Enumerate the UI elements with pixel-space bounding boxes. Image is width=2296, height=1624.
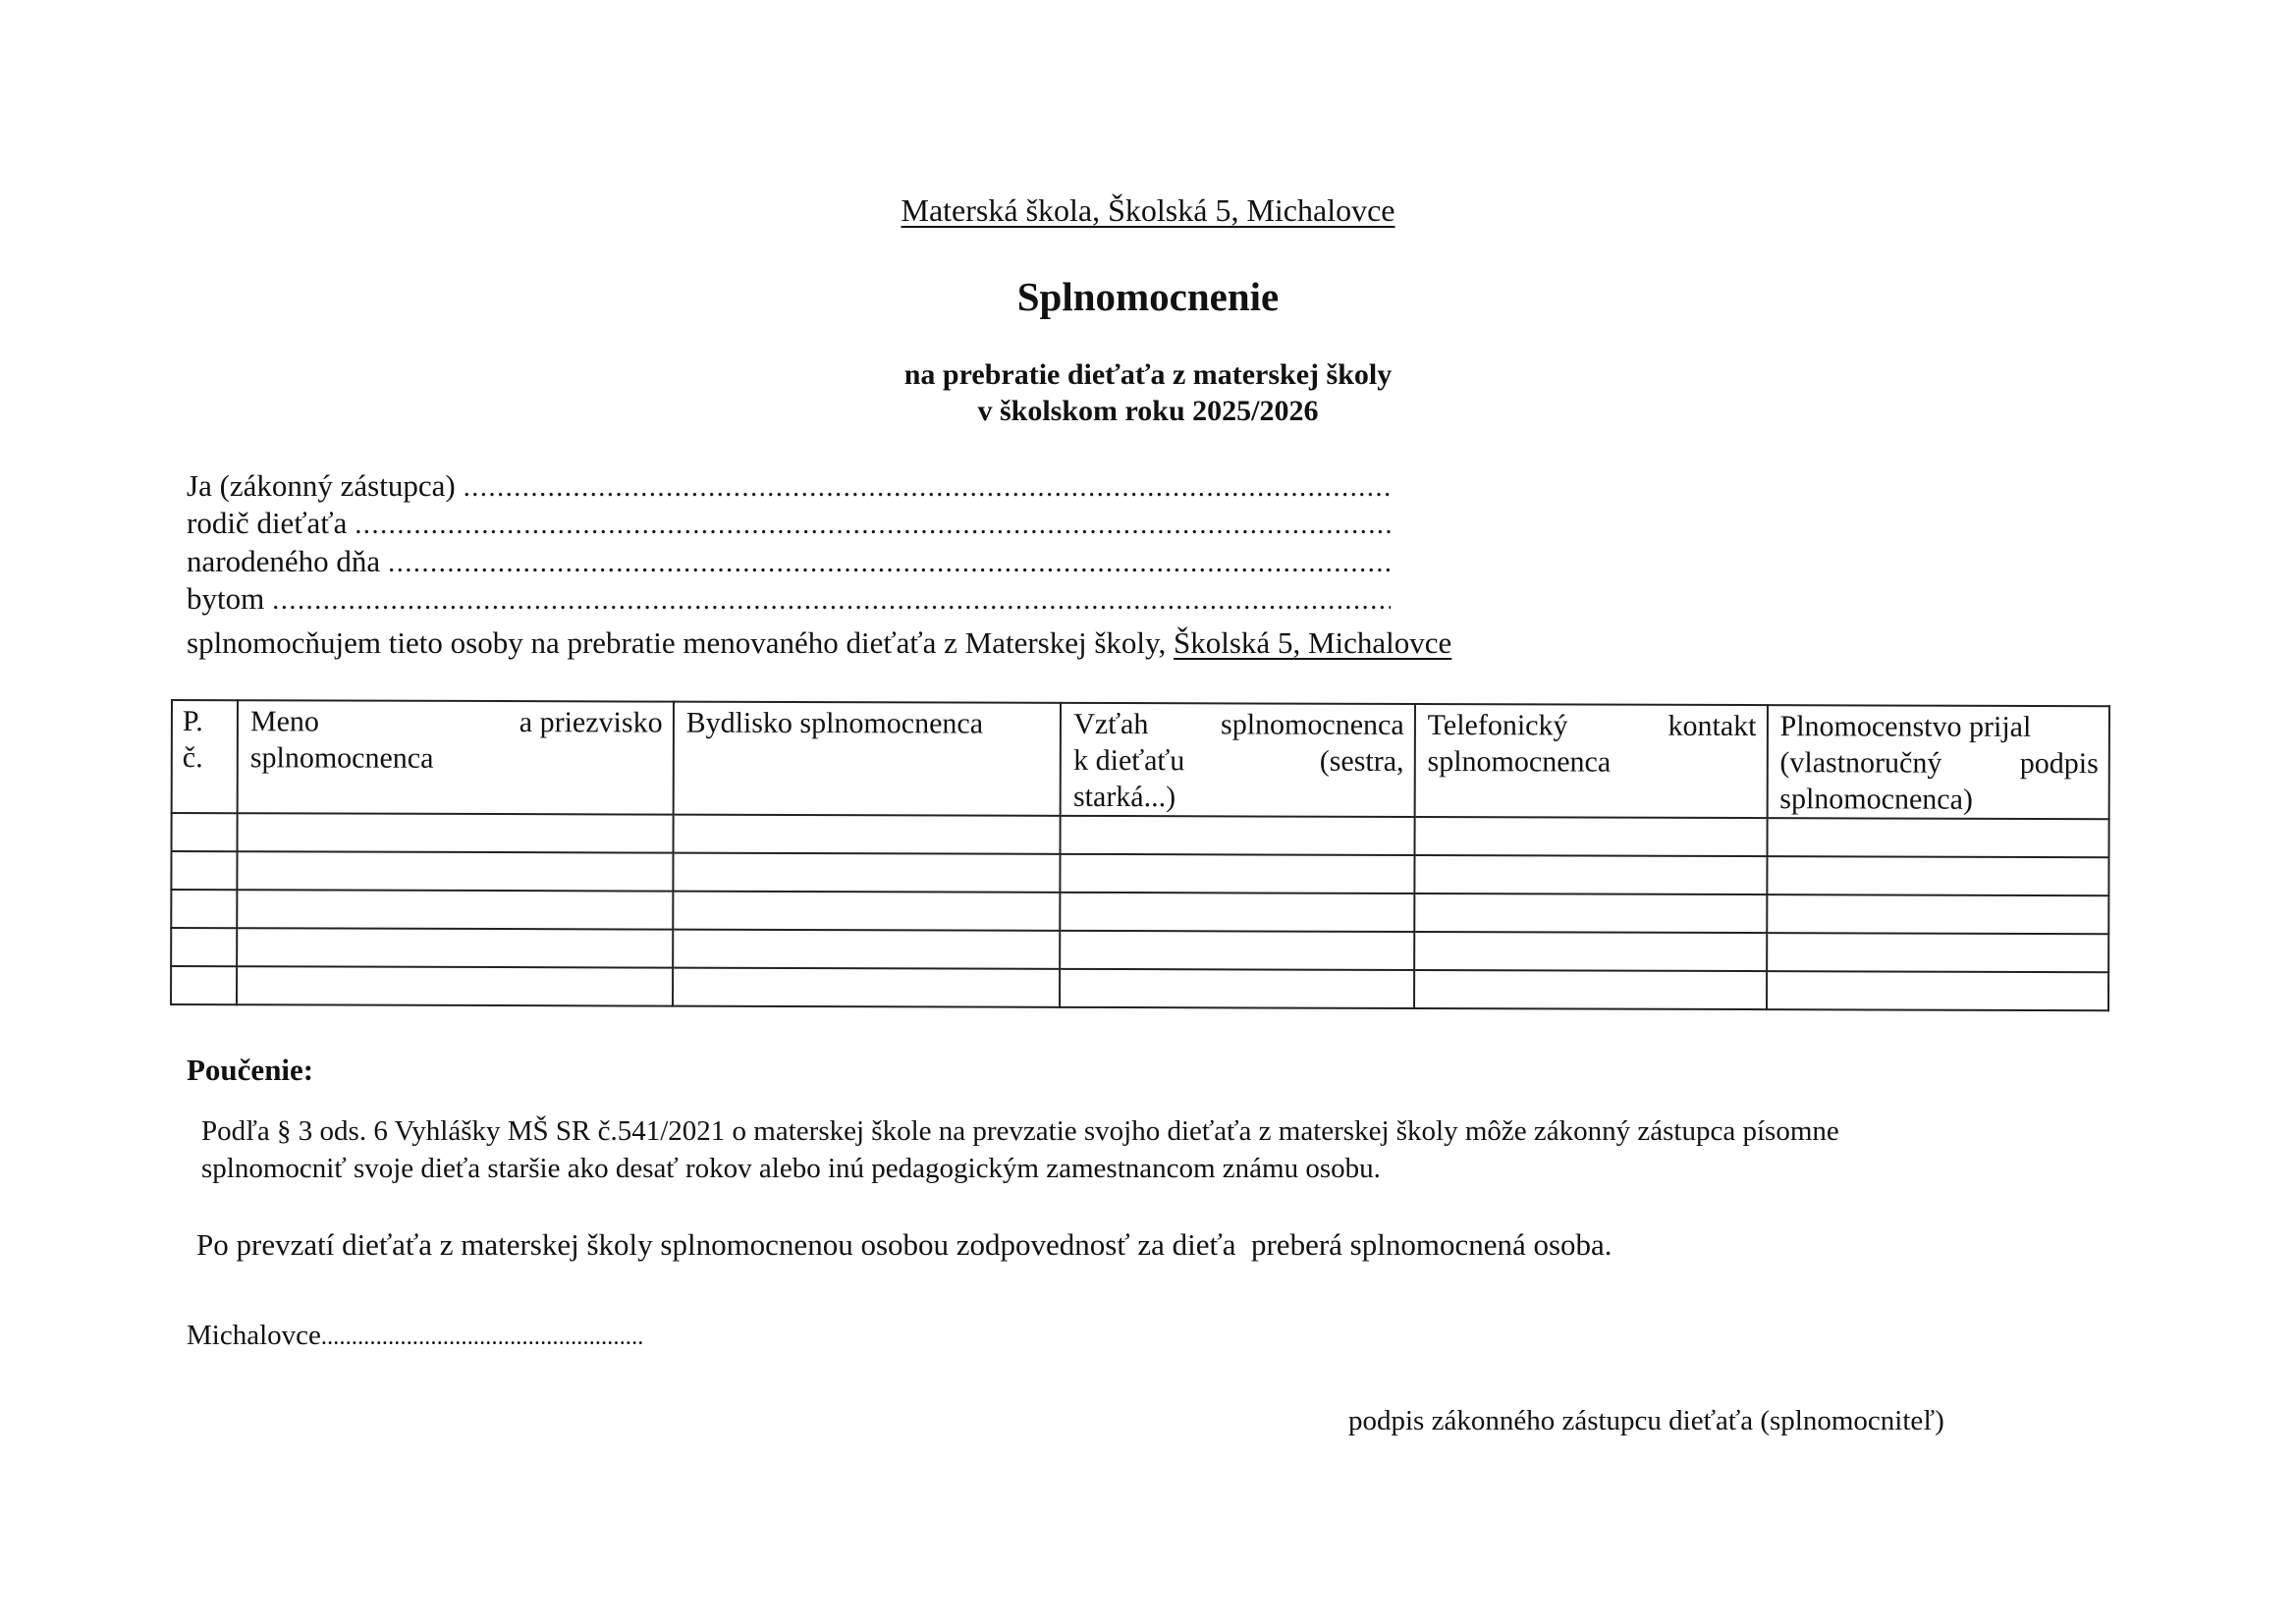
cell-name[interactable] — [237, 928, 673, 967]
residence-blank[interactable]: ........................................… — [272, 582, 1391, 620]
birth-date-field[interactable]: narodeného dňa .........................… — [187, 543, 1391, 582]
cell-relationship[interactable] — [1061, 854, 1415, 893]
cell-relationship[interactable] — [1061, 893, 1415, 932]
school-name-header: Materská škola, Školská 5, Michalovce — [0, 192, 2296, 229]
cell-phone[interactable] — [1414, 970, 1767, 1009]
column-header-name-part3: splnomocnenca — [250, 739, 663, 777]
document-subtitle-line1: na prebratie dieťaťa z materskej školy — [0, 358, 2296, 392]
column-header-signature-part2: (vlastnoručný — [1779, 744, 1941, 782]
column-header-relationship-part1: Vzťah — [1073, 706, 1148, 742]
document-title: Splnomocnenie — [0, 273, 2296, 320]
column-header-relationship-part2: splnomocnenca — [1221, 706, 1404, 743]
cell-address[interactable] — [673, 853, 1061, 893]
cell-relationship[interactable] — [1061, 816, 1415, 855]
column-header-relationship-part4: (sestra, — [1320, 743, 1404, 780]
column-header-address: Bydlisko splnomocnenca — [673, 702, 1061, 816]
table-header-row: P. č. Meno a priezvisko splnomocnenca By… — [172, 700, 2109, 819]
notice-paragraph1-line2: splnomocniť svoje dieťa staršie ako desa… — [201, 1150, 1381, 1187]
notice-paragraph2: Po prevzatí dieťaťa z materskej školy sp… — [196, 1226, 1613, 1264]
cell-phone[interactable] — [1414, 893, 1767, 933]
table-body — [171, 813, 2109, 1010]
cell-number[interactable] — [171, 966, 237, 1004]
authorization-statement: splnomocňujem tieto osoby na prebratie m… — [187, 624, 1451, 662]
residence-field[interactable]: bytom ..................................… — [187, 580, 1391, 620]
document-subtitle-line2: v školskom roku 2025/2026 — [0, 395, 2296, 428]
column-header-name-part2: a priezvisko — [519, 704, 663, 740]
cell-address[interactable] — [673, 815, 1061, 854]
cell-number[interactable] — [171, 928, 237, 966]
column-header-number: P. č. — [172, 700, 238, 813]
column-header-phone-part2: kontakt — [1667, 708, 1756, 744]
column-header-relationship-part3: k dieťaťu — [1073, 742, 1184, 779]
authorization-statement-text: splnomocňujem tieto osoby na prebratie m… — [187, 624, 1174, 662]
guardian-name-label: Ja (zákonný zástupca) — [187, 467, 456, 505]
column-header-number-line1: P. — [183, 703, 233, 739]
place-date-field[interactable]: Michalovce..............................… — [187, 1320, 644, 1352]
cell-signature[interactable] — [1767, 971, 2108, 1010]
cell-signature[interactable] — [1767, 856, 2108, 895]
cell-number[interactable] — [171, 890, 237, 928]
cell-phone[interactable] — [1414, 855, 1767, 894]
cell-relationship[interactable] — [1060, 931, 1414, 970]
cell-signature[interactable] — [1767, 818, 2108, 857]
cell-address[interactable] — [673, 892, 1061, 931]
school-address: Školská 5, Michalovce — [1174, 624, 1451, 662]
authorized-persons-table: P. č. Meno a priezvisko splnomocnenca By… — [170, 699, 2110, 1011]
birth-date-blank[interactable]: ........................................… — [388, 545, 1391, 582]
column-header-relationship-part5: starká...) — [1073, 779, 1404, 816]
cell-address[interactable] — [673, 968, 1061, 1007]
cell-name[interactable] — [238, 813, 674, 852]
table-row — [171, 928, 2108, 972]
column-header-name: Meno a priezvisko splnomocnenca — [238, 700, 674, 814]
cell-number[interactable] — [171, 851, 237, 890]
column-header-phone-part1: Telefonický — [1428, 707, 1568, 743]
column-header-signature-part3: podpis — [2020, 745, 2099, 782]
table-row — [171, 966, 2108, 1010]
column-header-address-text: Bydlisko splnomocnenca — [686, 705, 1051, 742]
column-header-number-line2: č. — [183, 739, 233, 776]
cell-name[interactable] — [237, 966, 673, 1005]
residence-label: bytom — [187, 580, 264, 618]
birth-date-label: narodeného dňa — [187, 543, 380, 580]
cell-phone[interactable] — [1414, 817, 1767, 856]
column-header-signature-part1: Plnomocenstvo prijal — [1779, 708, 2098, 745]
notice-paragraph1-line1: Podľa § 3 ods. 6 Vyhlášky MŠ SR č.541/20… — [201, 1112, 1839, 1150]
column-header-signature-part4: splnomocnenca) — [1779, 781, 2098, 818]
child-name-label: rodič dieťaťa — [187, 505, 347, 542]
table-row — [171, 851, 2108, 895]
notice-heading: Poučenie: — [187, 1053, 313, 1088]
cell-address[interactable] — [673, 930, 1061, 969]
column-header-name-part1: Meno — [250, 703, 319, 739]
date-blank[interactable]: ........................................… — [321, 1325, 644, 1350]
column-header-relationship: Vzťah splnomocnenca k dieťaťu (sestra, s… — [1061, 703, 1415, 817]
column-header-phone: Telefonický kontakt splnomocnenca — [1414, 704, 1767, 818]
cell-number[interactable] — [172, 813, 238, 851]
cell-signature[interactable] — [1767, 933, 2108, 972]
cell-relationship[interactable] — [1060, 969, 1414, 1008]
cell-name[interactable] — [237, 890, 673, 929]
school-name: Materská škola, Školská 5, Michalovce — [902, 192, 1395, 228]
child-name-field[interactable]: rodič dieťaťa ..........................… — [187, 505, 1391, 544]
place-label: Michalovce — [187, 1320, 321, 1351]
cell-name[interactable] — [237, 851, 673, 891]
table-row — [172, 813, 2109, 857]
column-header-phone-part3: splnomocnenca — [1428, 743, 1757, 781]
table-row — [171, 890, 2108, 934]
child-name-blank[interactable]: ........................................… — [355, 507, 1391, 544]
guardian-name-blank[interactable]: ........................................… — [464, 469, 1391, 507]
cell-phone[interactable] — [1414, 932, 1767, 971]
guardian-name-field[interactable]: Ja (zákonný zástupca) ..................… — [187, 467, 1391, 507]
column-header-signature: Plnomocenstvo prijal (vlastnoručný podpi… — [1767, 705, 2109, 819]
cell-signature[interactable] — [1767, 894, 2108, 934]
signature-caption: podpis zákonného zástupcu dieťaťa (splno… — [1348, 1405, 1944, 1437]
